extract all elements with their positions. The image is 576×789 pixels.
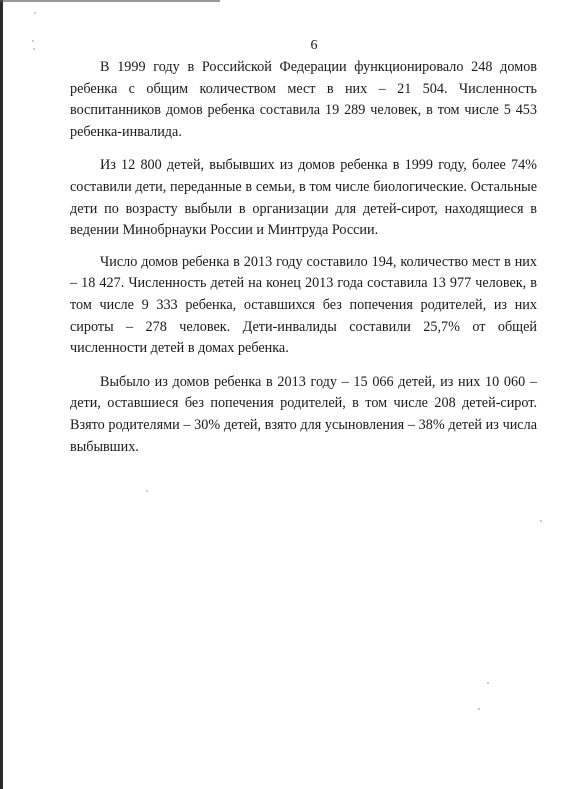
scan-speck (540, 520, 542, 522)
scan-edge-left (0, 0, 3, 789)
paragraph-1999-homes: В 1999 году в Российской Федерации функц… (70, 57, 537, 143)
scan-edge-top (0, 0, 220, 2)
page-number: 6 (26, 38, 576, 54)
scan-speck (146, 490, 148, 492)
document-body: В 1999 году в Российской Федерации функц… (70, 57, 537, 470)
scan-speck (487, 682, 489, 684)
scanned-page: 6 В 1999 году в Российской Федерации фун… (0, 0, 576, 789)
paragraph-1999-departures: Из 12 800 детей, выбывших из домов ребен… (70, 155, 537, 241)
scan-speck (34, 12, 36, 14)
paragraph-2013-homes: Число домов ребенка в 2013 году составил… (70, 252, 537, 360)
paragraph-2013-departures: Выбыло из домов ребенка в 2013 году – 15… (70, 372, 537, 458)
scan-speck (478, 708, 480, 710)
